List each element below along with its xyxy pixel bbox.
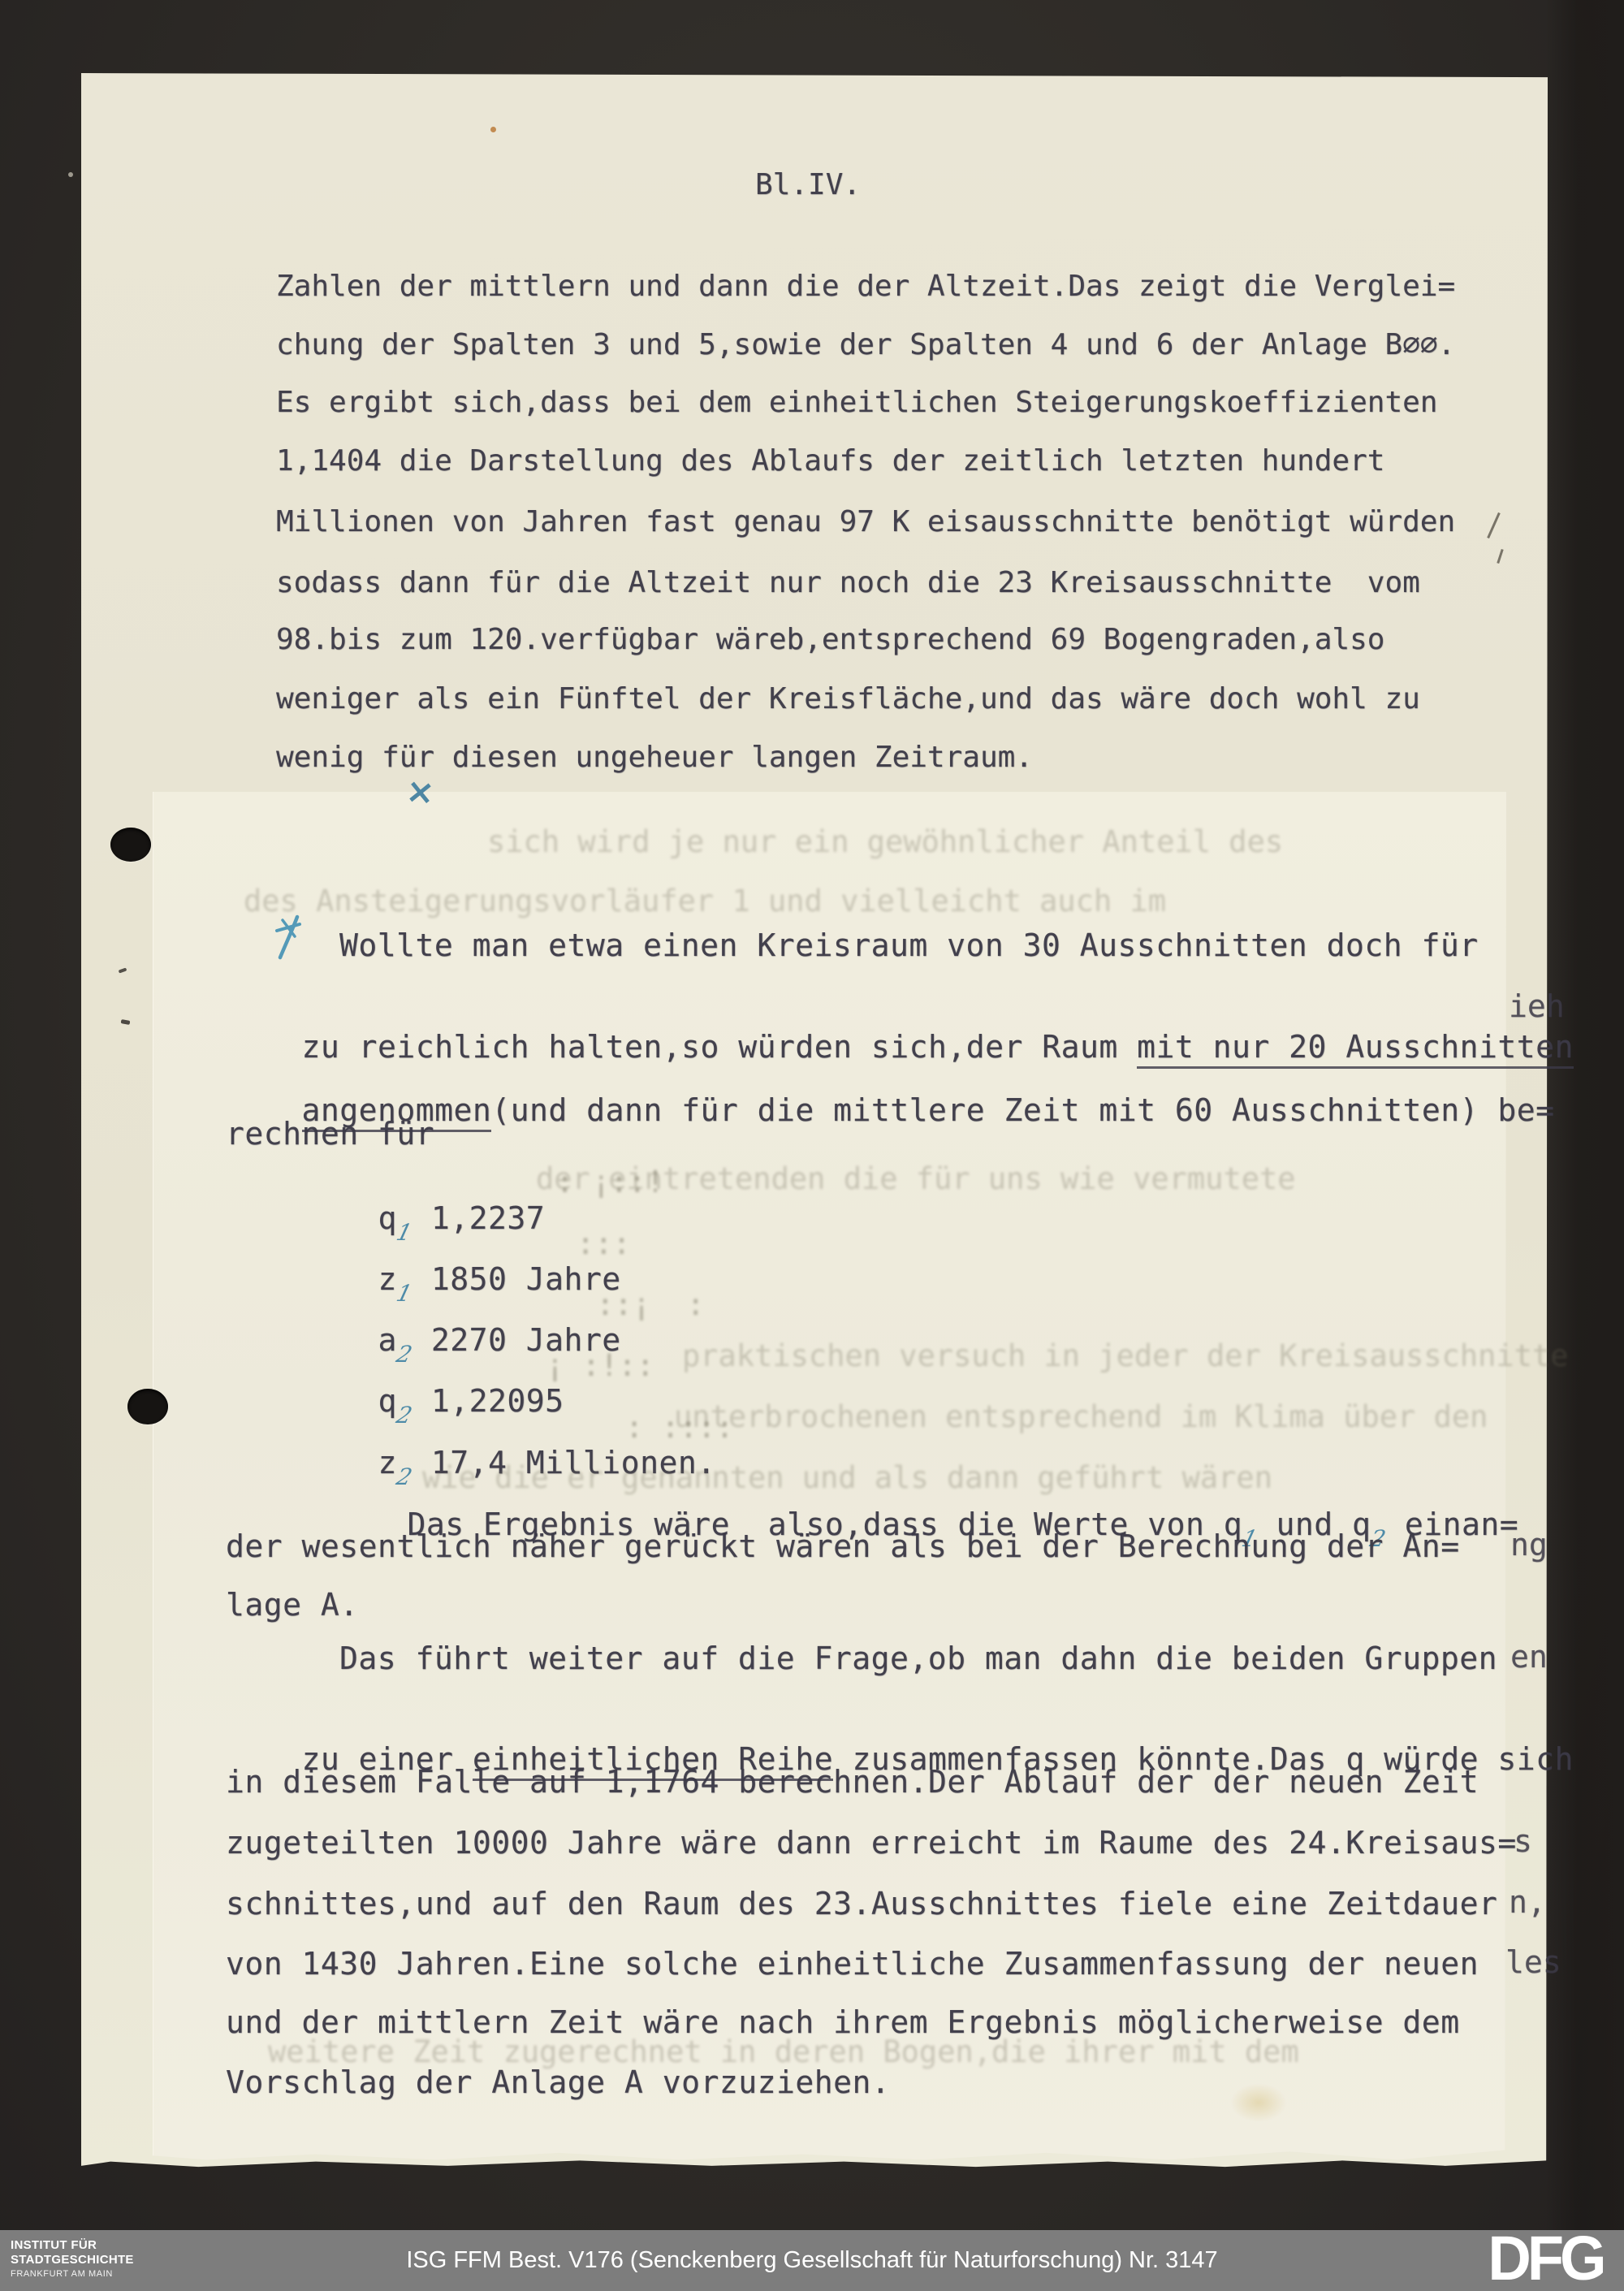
undersheet-fragment: les [1505,1944,1561,1980]
paper-speck [68,172,73,177]
bleedthrough-dots: ::¡ : [578,1287,705,1322]
undersheet-fragment: ng [1510,1527,1548,1563]
typed-line: zugeteilten 10000 Jahre wäre dann erreic… [226,1823,1517,1862]
typed-line: rechnen für [226,1114,434,1153]
typed-line: von 1430 Jahren.Eine solche einheitliche… [226,1944,1479,1983]
bleedthrough-text: weitere Zeit zugerechnet in deren Bogen,… [268,2034,1299,2069]
typed-line: 1,1404 die Darstellung des Ablaufs der z… [276,443,1384,480]
handwritten-x-mark: × [404,770,437,812]
bleedthrough-dots: : ¡::! [520,1165,664,1200]
dfg-logo: DFG [1476,2225,1614,2291]
punch-hole [110,828,151,862]
typed-line: Es ergibt sich,dass bei dem einheitliche… [276,384,1437,421]
typed-line: wenig für diesen ungeheuer langen Zeitra… [276,739,1033,776]
background-right-strip [1546,0,1624,2230]
bleedthrough-text: wie die er genannten und als dann geführ… [422,1460,1272,1495]
bleedthrough-text: sich wird je nur ein gewöhnlicher Anteil… [487,824,1283,859]
bleedthrough-dots: : :::: [625,1410,734,1445]
typed-line: lage A. [226,1585,359,1624]
punch-hole [127,1389,168,1424]
archival-scan: Bl.IV. Zahlen der mittlern und dann die … [0,0,1624,2291]
typed-line: in diesem Falle auf 1,1764 berechnen.Der… [226,1762,1479,1801]
typed-line: Zahlen der mittlern und dann die der Alt… [276,268,1455,305]
paper-speck [490,127,496,132]
typed-line: weniger als ein Fünftel der Kreisfläche,… [276,681,1420,718]
blue-annotation-mark-icon [273,914,304,960]
archive-reference-label: ISG FFM Best. V176 (Senckenberg Gesellsc… [0,2247,1624,2274]
typed-line: der wesentlich näher gerückt wären als b… [226,1527,1460,1566]
undersheet-fragment: n, [1509,1884,1546,1920]
bleedthrough-dots: ¡ :!:: [528,1348,654,1383]
typed-line: sodass dann für die Altzeit nur noch die… [276,564,1420,602]
line-text: (und dann für die mittlere Zeit mit 60 A… [491,1092,1554,1128]
bleedthrough-text: praktischen versuch in jeder der Kreisau… [682,1338,1569,1373]
bleedthrough-text: unterbrochenen entsprechend im Klima übe… [674,1399,1488,1434]
sheet-number: Bl.IV. [755,166,861,204]
typed-line: 98.bis zum 120.verfügbar wäreb,entsprech… [276,621,1384,659]
typed-line: Das führt weiter auf die Frage,ob man da… [339,1639,1497,1678]
undersheet-fragment: s [1514,1823,1532,1859]
bleedthrough-dots: ::: [577,1226,631,1261]
undersheet-fragment: en [1510,1639,1548,1675]
typed-line: schnittes,und auf den Raum des 23.Aussch… [226,1884,1497,1923]
typed-line: Millionen von Jahren fast genau 97 K eis… [276,504,1455,541]
bleedthrough-text: des Ansteigerungsvorläufer 1 und viellei… [244,884,1166,919]
typed-line: Wollte man etwa einen Kreisraum von 30 A… [339,926,1479,965]
typed-line: chung der Spalten 3 und 5,sowie der Spal… [276,326,1455,364]
undersheet-fragment: ieh [1509,988,1565,1024]
